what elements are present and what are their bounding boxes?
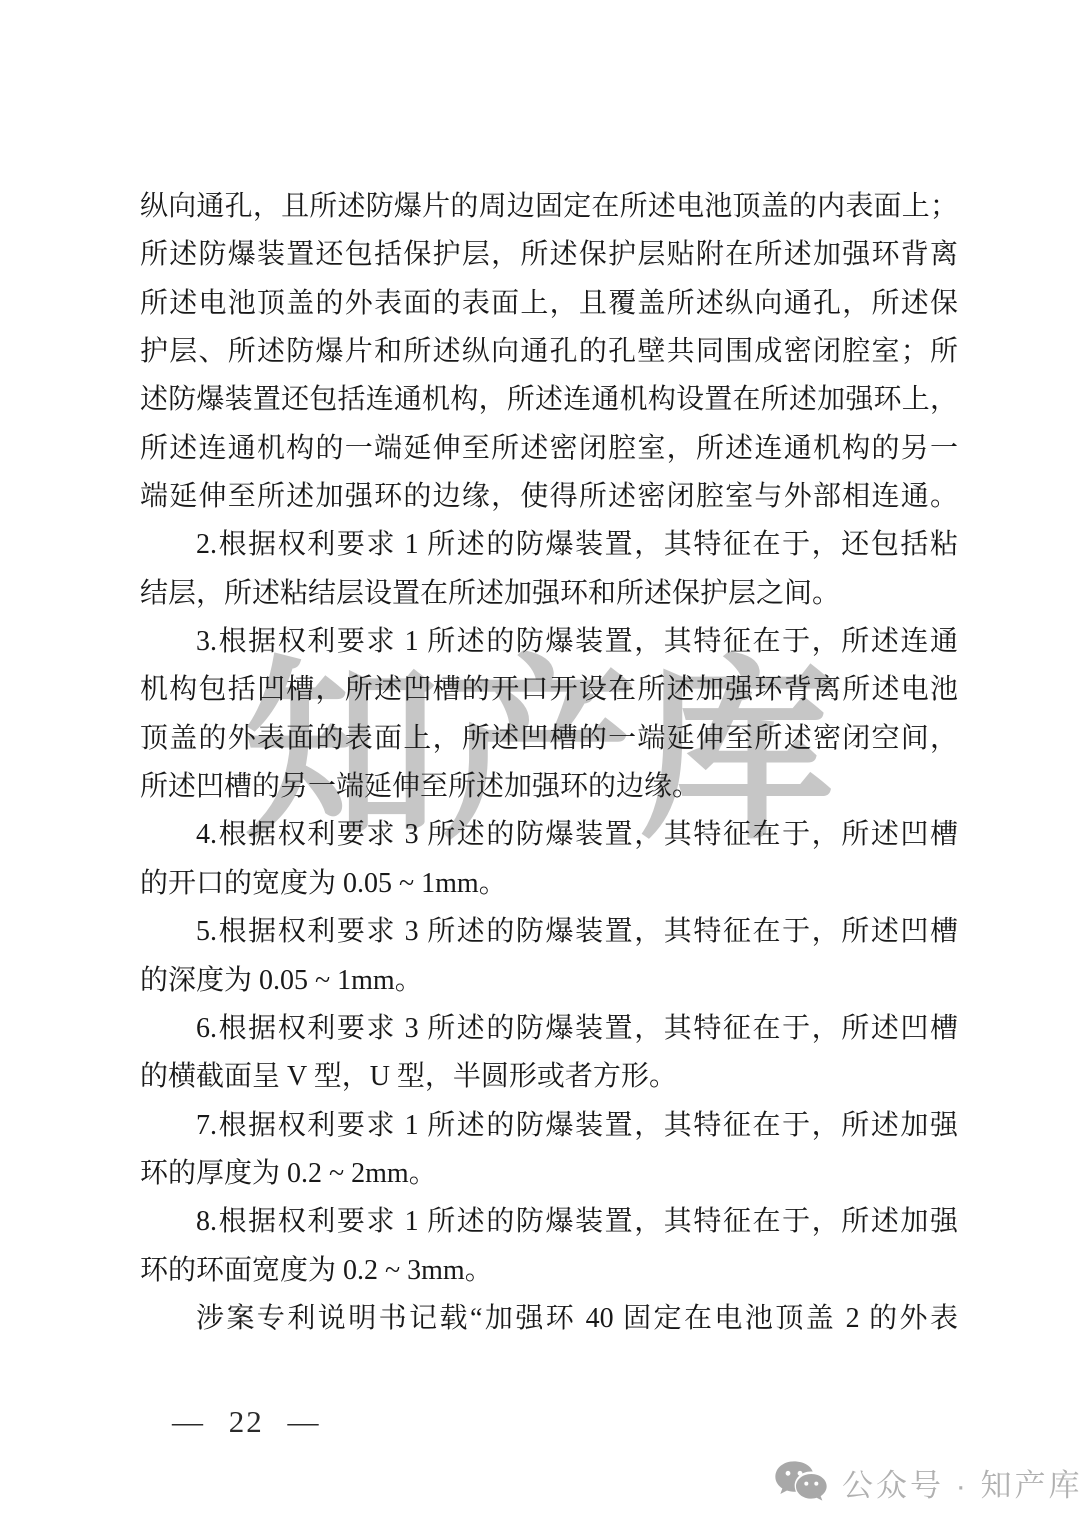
text-line: 述防爆装置还包括连通机构，所述连通机构设置在所述加强环上，	[140, 376, 958, 424]
text-line: 所述连通机构的一端延伸至所述密闭腔室，所述连通机构的另一	[140, 425, 958, 473]
text-line: 顶盖的外表面的表面上，所述凹槽的一端延伸至所述密闭空间，	[140, 715, 958, 763]
text-line: 8.根据权利要求 1 所述的防爆装置，其特征在于，所述加强	[140, 1198, 958, 1246]
text-line: 端延伸至所述加强环的边缘，使得所述密闭腔室与外部相连通。	[140, 473, 958, 521]
text-line: 3.根据权利要求 1 所述的防爆装置，其特征在于，所述连通	[140, 618, 958, 666]
text-line: 结层，所述粘结层设置在所述加强环和所述保护层之间。	[140, 570, 958, 618]
text-line: 所述电池顶盖的外表面的表面上，且覆盖所述纵向通孔，所述保	[140, 280, 958, 328]
wechat-footer: 公众号 · 知产库	[774, 1456, 1080, 1508]
text-line: 的横截面呈 V 型，U 型，半圆形或者方形。	[140, 1053, 958, 1101]
text-line: 4.根据权利要求 3 所述的防爆装置，其特征在于，所述凹槽	[140, 811, 958, 859]
text-line: 6.根据权利要求 3 所述的防爆装置，其特征在于，所述凹槽	[140, 1005, 958, 1053]
text-line: 环的厚度为 0.2 ~ 2mm。	[140, 1150, 958, 1198]
text-line: 5.根据权利要求 3 所述的防爆装置，其特征在于，所述凹槽	[140, 908, 958, 956]
text-line: 环的环面宽度为 0.2 ~ 3mm。	[140, 1247, 958, 1295]
wechat-account-label: 公众号 · 知产库	[842, 1460, 1080, 1505]
wechat-icon	[774, 1460, 830, 1504]
page-number: — 22 —	[172, 1404, 321, 1440]
text-line: 护层、所述防爆片和所述纵向通孔的孔壁共同围成密闭腔室；所	[140, 328, 958, 376]
document-page: 知产库 纵向通孔，且所述防爆片的周边固定在所述电池顶盖的内表面上；所述防爆装置还…	[0, 0, 1080, 1527]
text-line: 2.根据权利要求 1 所述的防爆装置，其特征在于，还包括粘	[140, 521, 958, 569]
text-line: 7.根据权利要求 1 所述的防爆装置，其特征在于，所述加强	[140, 1102, 958, 1150]
text-line: 的开口的宽度为 0.05 ~ 1mm。	[140, 860, 958, 908]
text-line: 涉案专利说明书记载“加强环 40 固定在电池顶盖 2 的外表	[140, 1295, 958, 1343]
text-line: 所述防爆装置还包括保护层，所述保护层贴附在所述加强环背离	[140, 231, 958, 279]
text-line: 所述凹槽的另一端延伸至所述加强环的边缘。	[140, 763, 958, 811]
text-line: 机构包括凹槽，所述凹槽的开口开设在所述加强环背离所述电池	[140, 666, 958, 714]
text-line: 纵向通孔，且所述防爆片的周边固定在所述电池顶盖的内表面上；	[140, 183, 958, 231]
document-lines: 纵向通孔，且所述防爆片的周边固定在所述电池顶盖的内表面上；所述防爆装置还包括保护…	[140, 183, 958, 1343]
text-line: 的深度为 0.05 ~ 1mm。	[140, 957, 958, 1005]
